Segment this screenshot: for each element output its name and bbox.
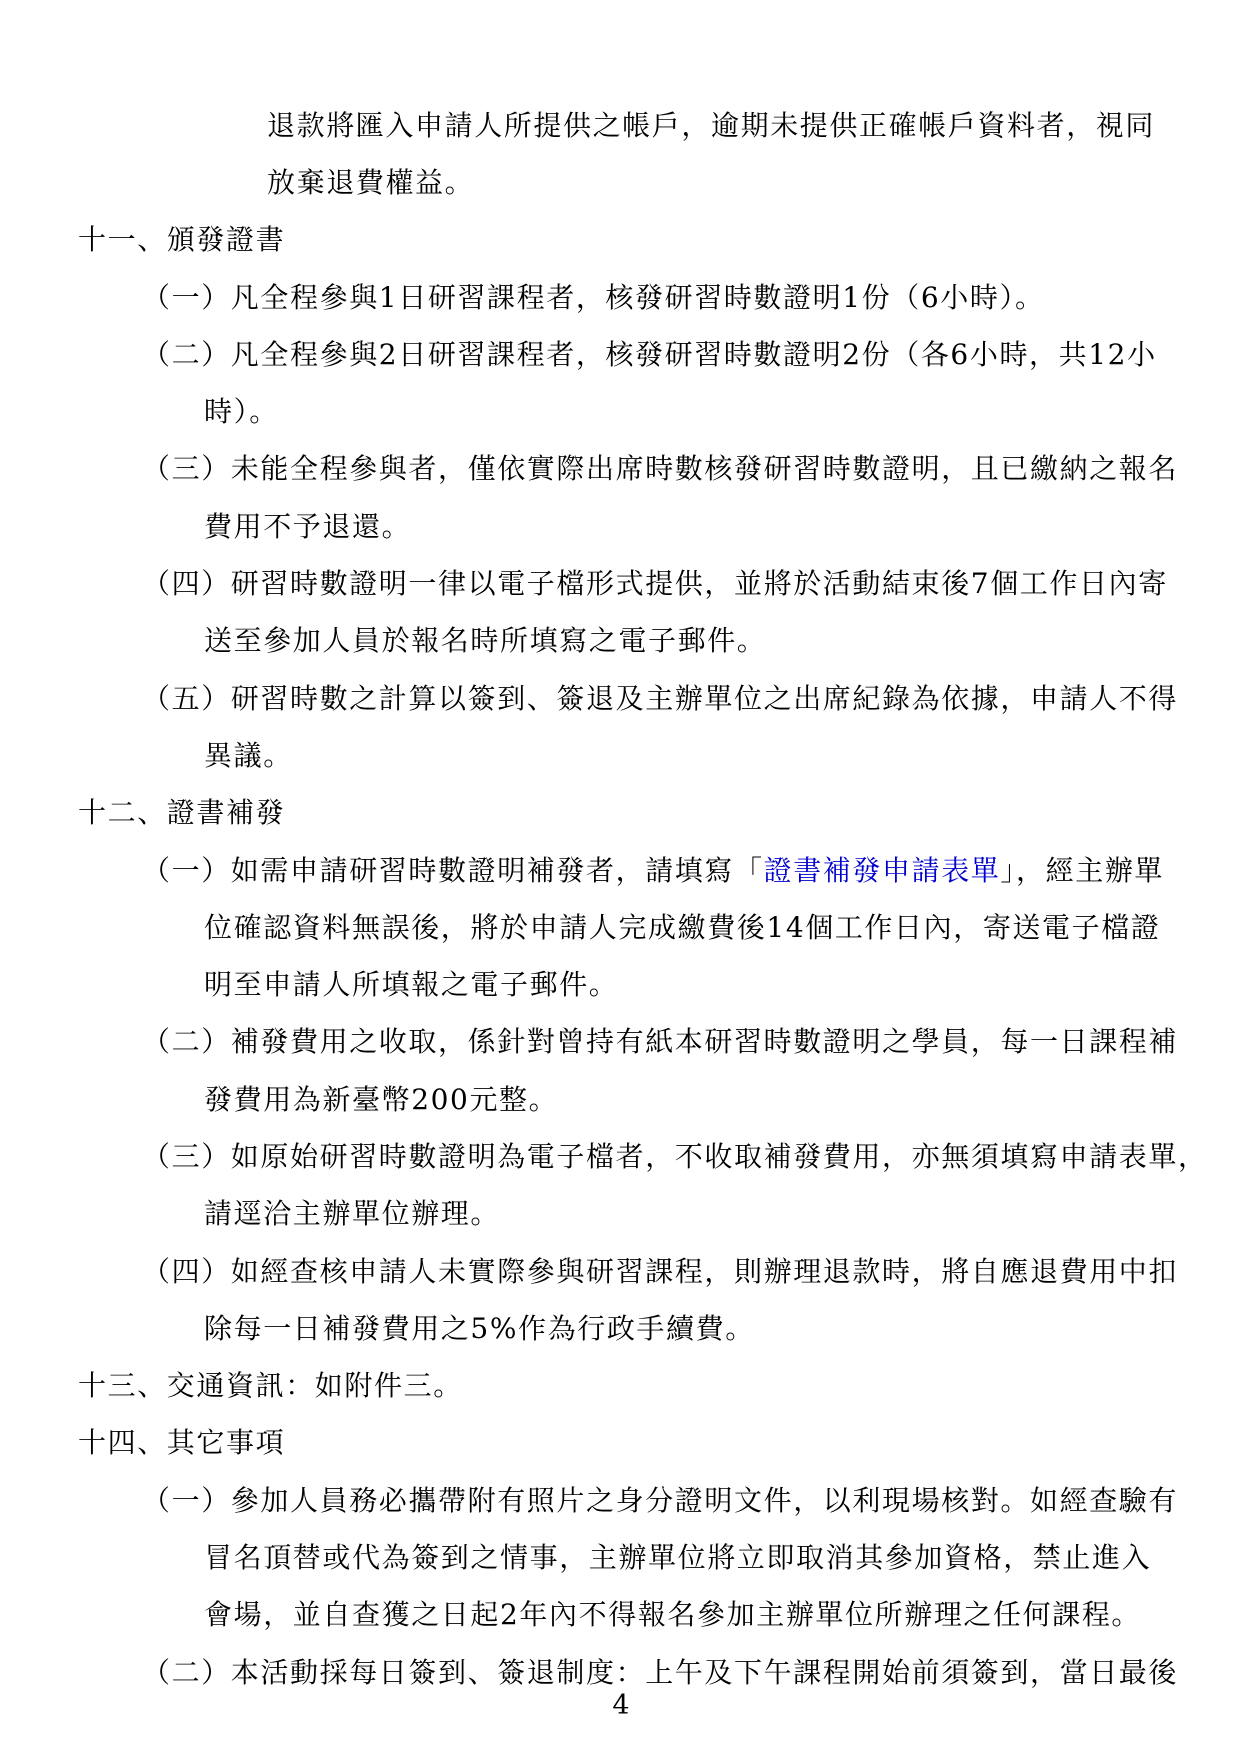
list-item: （三）如原始研習時數證明為電子檔者，不收取補發費用，亦無須填寫申請表單， xyxy=(0,1126,1242,1183)
item-continuation: 明至申請人所填報之電子郵件。 xyxy=(0,954,1242,1011)
item-continuation: 送至參加人員於報名時所填寫之電子郵件。 xyxy=(0,611,1242,668)
list-item: （五）研習時數之計算以簽到、簽退及主辦單位之出席紀錄為依據，申請人不得 xyxy=(0,668,1242,725)
section-heading-11: 十一、頒發證書 xyxy=(0,210,1242,267)
item-continuation: 費用不予退還。 xyxy=(0,496,1242,553)
line-text: 」，經主辦單 xyxy=(1000,849,1164,889)
section-heading-13: 十三、交通資訊：如附件三。 xyxy=(0,1356,1242,1413)
list-item: （二）補發費用之收取，係針對曾持有紙本研習時數證明之學員，每一日課程補 xyxy=(0,1012,1242,1069)
list-item: （四）研習時數證明一律以電子檔形式提供，並將於活動結束後7個工作日內寄 xyxy=(0,553,1242,610)
item-continuation: 時）。 xyxy=(0,381,1242,438)
item-continuation: 異議。 xyxy=(0,725,1242,782)
page-number: 4 xyxy=(612,1690,629,1721)
document-page: 退款將匯入申請人所提供之帳戶，逾期未提供正確帳戶資料者，視同 放棄退費權益。 十… xyxy=(0,0,1242,1756)
item-continuation: 位確認資料無誤後，將於申請人完成繳費後14個工作日內，寄送電子檔證 xyxy=(0,897,1242,954)
section-heading-12: 十二、證書補發 xyxy=(0,783,1242,840)
section-heading-14: 十四、其它事項 xyxy=(0,1413,1242,1470)
paragraph-continuation: 放棄退費權益。 xyxy=(0,152,1242,209)
item-continuation: 會場，並自查獲之日起2年內不得報名參加主辦單位所辦理之任何課程。 xyxy=(0,1585,1242,1642)
item-continuation: 發費用為新臺幣200元整。 xyxy=(0,1069,1242,1126)
list-item: （一）參加人員務必攜帶附有照片之身分證明文件，以利現場核對。如經查驗有 xyxy=(0,1470,1242,1527)
item-continuation: 請逕洽主辦單位辦理。 xyxy=(0,1184,1242,1241)
list-item: （一）凡全程參與1日研習課程者，核發研習時數證明1份（6小時）。 xyxy=(0,267,1242,324)
list-item: （三）未能全程參與者，僅依實際出席時數核發研習時數證明，且已繳納之報名 xyxy=(0,439,1242,496)
certificate-reissue-form-link[interactable]: 證書補發申請表單 xyxy=(764,849,1001,889)
paragraph-continuation: 退款將匯入申請人所提供之帳戶，逾期未提供正確帳戶資料者，視同 xyxy=(0,95,1242,152)
item-continuation: 除每一日補發費用之5%作為行政手續費。 xyxy=(0,1298,1242,1355)
item-continuation: 冒名頂替或代為簽到之情事，主辦單位將立即取消其參加資格，禁止進入 xyxy=(0,1527,1242,1584)
list-item: （四）如經查核申請人未實際參與研習課程，則辦理退款時，將自應退費用中扣 xyxy=(0,1241,1242,1298)
line-text: （一）如需申請研習時數證明補發者，請填寫「 xyxy=(142,849,764,889)
list-item: （二）凡全程參與2日研習課程者，核發研習時數證明2份（各6小時，共12小 xyxy=(0,324,1242,381)
page-footer: 4 xyxy=(0,1686,1242,1726)
document-text-block: 退款將匯入申請人所提供之帳戶，逾期未提供正確帳戶資料者，視同 放棄退費權益。 十… xyxy=(0,95,1242,1699)
list-item-with-link: （一）如需申請研習時數證明補發者，請填寫「證書補發申請表單」，經主辦單 xyxy=(0,840,1242,897)
